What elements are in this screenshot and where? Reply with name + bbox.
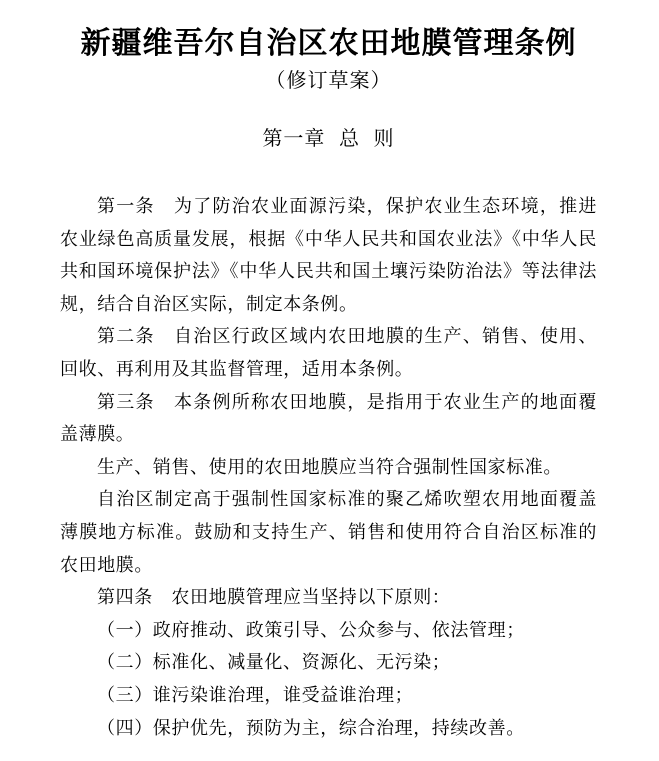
- document-line: 规，结合自治区实际，制定本条例。: [60, 288, 597, 321]
- document-line: 第一条 为了防治农业面源污染，保护农业生态环境，推进: [60, 190, 597, 223]
- document-title: 新疆维吾尔自治区农田地膜管理条例: [60, 27, 597, 61]
- document-line: 第二条 自治区行政区域内农田地膜的生产、销售、使用、: [60, 320, 597, 353]
- document-line: （二）标准化、减量化、资源化、无污染；: [60, 646, 597, 679]
- chapter-heading: 第一章 总 则: [60, 127, 597, 151]
- document-line: 生产、销售、使用的农田地膜应当符合强制性国家标准。: [60, 451, 597, 484]
- document-line: （四）保护优先，预防为主，综合治理，持续改善。: [60, 712, 597, 745]
- document-line: 农田地膜。: [60, 549, 597, 582]
- document-line: 第四条 农田地膜管理应当坚持以下原则：: [60, 581, 597, 614]
- document-line: 薄膜地方标准。鼓励和支持生产、销售和使用符合自治区标准的: [60, 516, 597, 549]
- document-line: 农业绿色高质量发展，根据《中华人民共和国农业法》《中华人民: [60, 223, 597, 256]
- document-body: 第一条 为了防治农业面源污染，保护农业生态环境，推进农业绿色高质量发展，根据《中…: [60, 190, 597, 744]
- document-subtitle: （修订草案）: [60, 69, 597, 93]
- document-line: （三）谁污染谁治理，谁受益谁治理；: [60, 679, 597, 712]
- document-line: （一）政府推动、政策引导、公众参与、依法管理；: [60, 614, 597, 647]
- document-line: 回收、再利用及其监督管理，适用本条例。: [60, 353, 597, 386]
- document-line: 盖薄膜。: [60, 418, 597, 451]
- document-page: 新疆维吾尔自治区农田地膜管理条例 （修订草案） 第一章 总 则 第一条 为了防治…: [0, 0, 659, 761]
- document-line: 共和国环境保护法》《中华人民共和国土壤污染防治法》等法律法: [60, 255, 597, 288]
- document-line: 自治区制定高于强制性国家标准的聚乙烯吹塑农用地面覆盖: [60, 483, 597, 516]
- document-line: 第三条 本条例所称农田地膜，是指用于农业生产的地面覆: [60, 386, 597, 419]
